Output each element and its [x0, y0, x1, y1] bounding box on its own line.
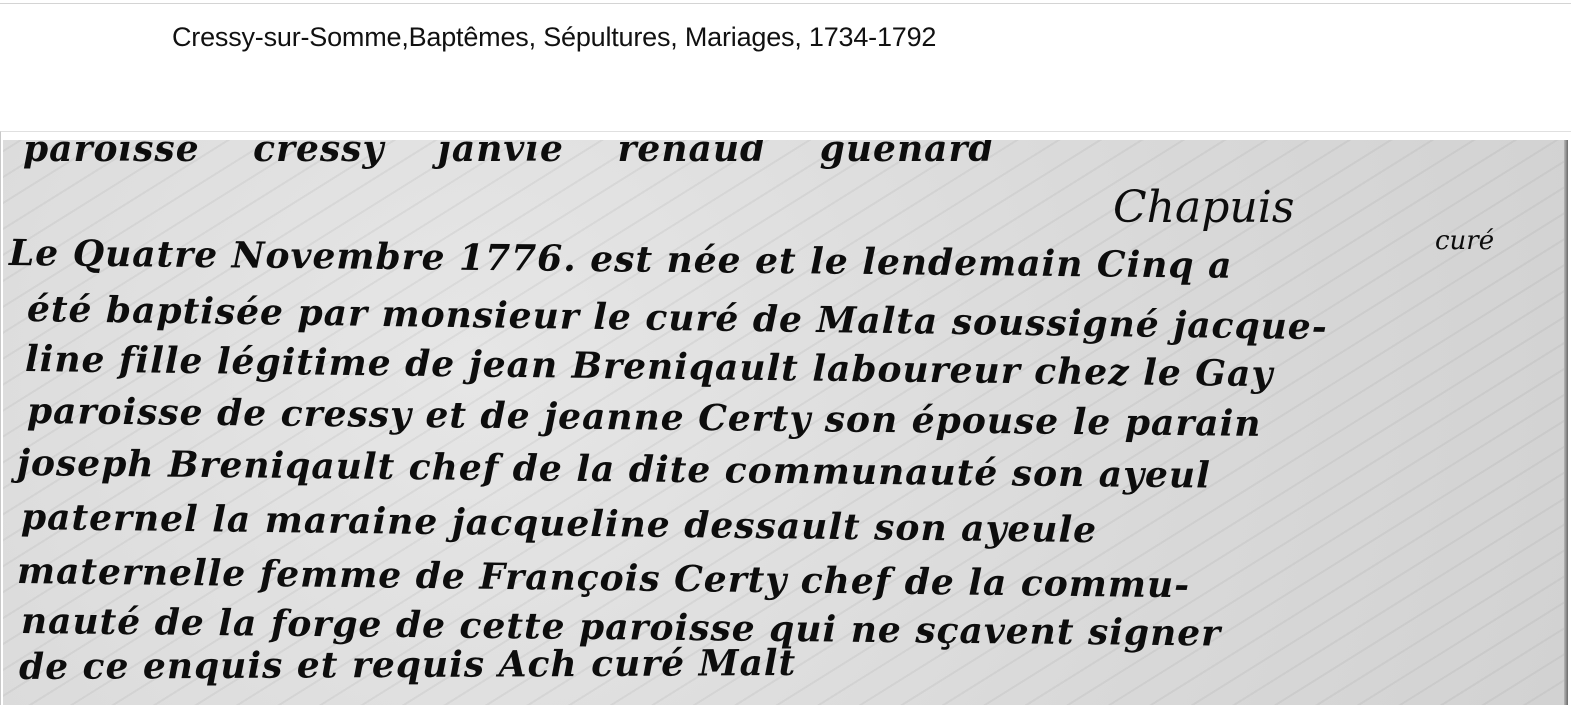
document-title: Cressy-sur-Somme,Baptêmes, Sépultures, M…: [172, 22, 936, 53]
manuscript-signature-cure: curé: [1435, 226, 1494, 256]
manuscript-signature-chapuis: Chapuis: [1113, 182, 1294, 233]
manuscript-line: joseph Breniqault chef de la dite commun…: [17, 442, 1211, 496]
manuscript-signatures-top: paroisse cressy janvie renaud guenard: [23, 140, 995, 170]
top-divider: [0, 3, 1571, 4]
manuscript-scan-image[interactable]: paroisse cressy janvie renaud guenard Ch…: [3, 140, 1568, 705]
manuscript-line: paternel la maraine jacqueline dessault …: [21, 496, 1098, 551]
manuscript-line: paroisse de cressy et de jeanne Certy so…: [27, 390, 1262, 445]
manuscript-line: Le Quatre Novembre 1776. est née et le l…: [9, 232, 1233, 287]
manuscript-line: de ce enquis et requis Ach curé Malt: [19, 642, 796, 688]
page: Cressy-sur-Somme,Baptêmes, Sépultures, M…: [0, 0, 1571, 705]
manuscript-line: été baptisée par monsieur le curé de Mal…: [27, 288, 1328, 348]
manuscript-line: line fille légitime de jean Breniqault l…: [25, 338, 1274, 395]
manuscript-line: maternelle femme de François Certy chef …: [17, 550, 1191, 606]
scan-page-edge: [1564, 140, 1568, 705]
